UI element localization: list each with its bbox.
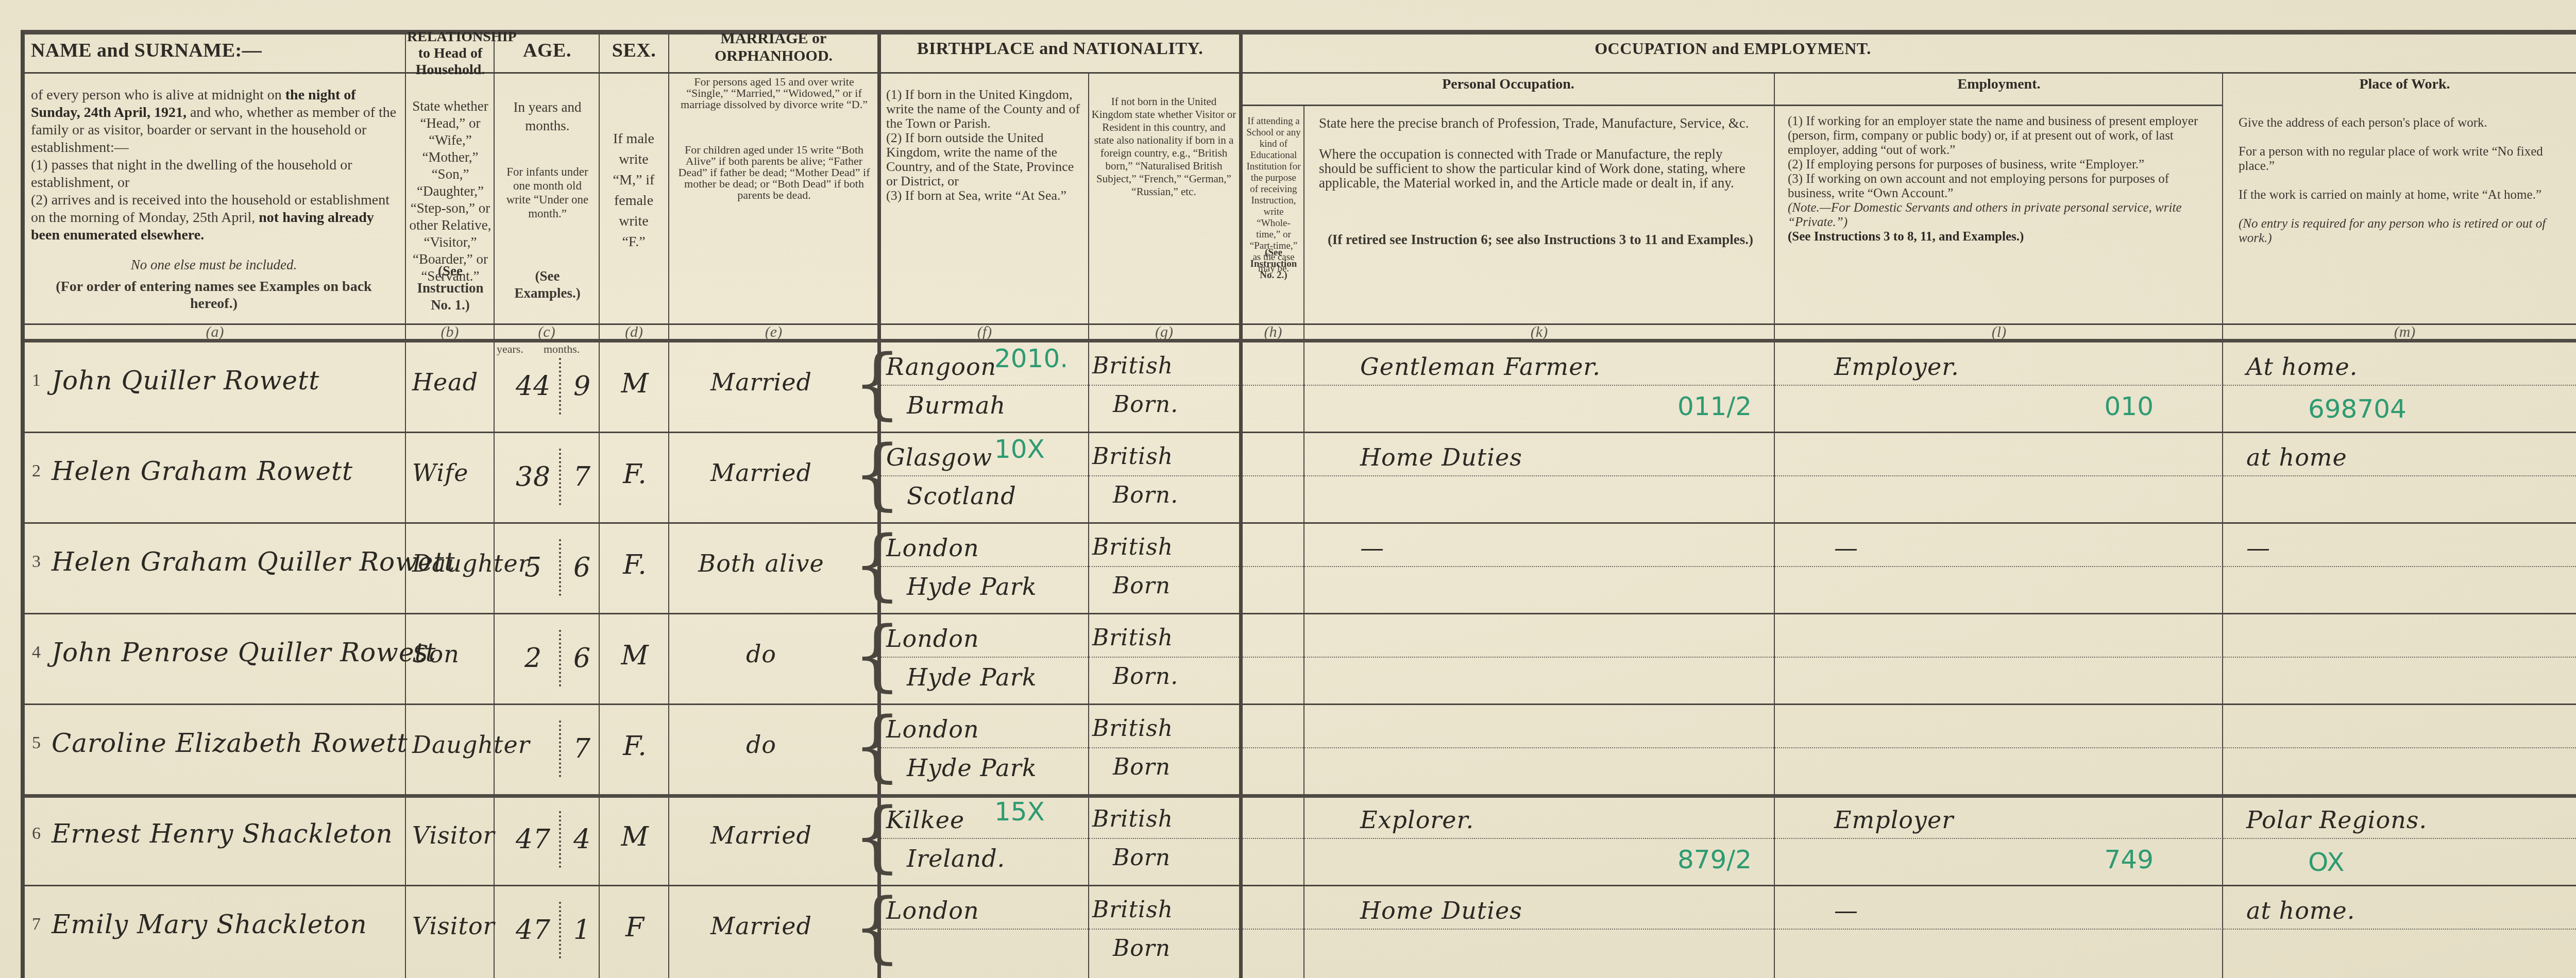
- col-h-letter: (h): [1243, 323, 1303, 341]
- age-months: 6: [567, 643, 598, 674]
- person-name: Helen Graham Rowett: [52, 456, 402, 486]
- birthplace-line1: London: [886, 897, 1082, 924]
- row-dotted-line: [1775, 657, 2223, 658]
- row-dotted-line: [1089, 838, 1239, 839]
- col-c-letter: (c): [495, 323, 599, 341]
- col-l-item1: (1) If working for an employer state the…: [1788, 114, 2198, 157]
- row-dotted-line: [1304, 929, 1774, 930]
- row-dotted-line: [1304, 385, 1774, 386]
- col-f-letter: (f): [881, 323, 1088, 341]
- marriage-status: Married: [672, 368, 850, 396]
- row-dotted-line: [2223, 929, 2576, 930]
- place-of-work: Polar Regions.: [2246, 806, 2576, 834]
- sex: F.: [603, 731, 667, 762]
- place-of-work: at home.: [2246, 897, 2576, 924]
- relationship: Daughter: [412, 550, 492, 577]
- row-dotted-line: [881, 657, 1088, 658]
- nationality-line2: Born: [1113, 573, 1236, 599]
- row-separator: [25, 613, 2576, 614]
- row-dotted-line: [1775, 475, 2223, 476]
- marriage-status: do: [672, 731, 850, 759]
- age-months: 7: [567, 461, 598, 492]
- age-months: 6: [567, 552, 598, 583]
- place-of-work: At home.: [2246, 353, 2576, 381]
- row-dotted-line: [2223, 566, 2576, 567]
- row-dotted-line: [1243, 475, 1303, 476]
- col-e-body1: For persons aged 15 and over write “Sing…: [675, 76, 873, 110]
- relationship: Visitor: [412, 821, 492, 849]
- row-dotted-line: [881, 385, 1088, 386]
- col-d-body: If male write “M,” if female write “F.”: [608, 129, 659, 252]
- birthplace-line2: Hyde Park: [907, 663, 1082, 691]
- col-rule-g: [1088, 73, 1089, 978]
- row-dotted-line: [1304, 657, 1774, 658]
- birthplace-code: 2010.: [994, 344, 1082, 373]
- col-f-item2: (2) If born outside the United Kingdom, …: [886, 130, 1074, 188]
- person-name: Ernest Henry Shackleton: [52, 819, 402, 849]
- employment-code: 749: [1947, 845, 2154, 874]
- row-dotted-line: [1775, 385, 2223, 386]
- col-rule-m: [2222, 73, 2223, 978]
- birthplace-code: 15X: [994, 797, 1082, 827]
- age-years: 47: [513, 915, 554, 946]
- age-divider: [559, 630, 561, 687]
- nationality-line1: British: [1092, 897, 1236, 923]
- col-e-title: MARRIAGE or ORPHANHOOD.: [670, 30, 877, 65]
- sex: F.: [603, 550, 667, 580]
- birthplace-line2: Burmah: [907, 391, 1082, 419]
- row-dotted-line: [1089, 929, 1239, 930]
- nationality-line1: British: [1092, 806, 1236, 832]
- age-years: 38: [513, 461, 554, 492]
- row-dotted-line: [1089, 657, 1239, 658]
- birthplace-line1: London: [886, 715, 1082, 743]
- nationality-line2: Born: [1113, 754, 1236, 780]
- col-a-note: No one else must be included.: [31, 256, 397, 273]
- row-dotted-line: [881, 838, 1088, 839]
- employment: Employer: [1834, 806, 2215, 834]
- row-separator: [25, 885, 2576, 886]
- row-number: 7: [32, 915, 41, 934]
- relationship: Daughter: [412, 731, 492, 759]
- col-m-body2: For a person with no regular place of wo…: [2239, 145, 2543, 173]
- col-rule-e: [668, 35, 669, 978]
- col-rule-b: [405, 35, 406, 978]
- row-dotted-line: [1304, 566, 1774, 567]
- row-separator: [25, 704, 2576, 705]
- col-m-title: Place of Work.: [2223, 76, 2576, 93]
- col-rule-l: [1774, 73, 1775, 978]
- person-name: Helen Graham Quiller Rowett: [52, 547, 402, 577]
- col-rule-k: [1303, 106, 1304, 978]
- nationality-line1: British: [1092, 534, 1236, 560]
- col-b-footer: (See Instruction No. 1.): [408, 263, 493, 314]
- col-c-footer: (See Examples.): [502, 268, 592, 302]
- row-dotted-line: [2223, 657, 2576, 658]
- row-dotted-line: [1304, 747, 1774, 748]
- nationality-line1: British: [1092, 715, 1236, 742]
- col-m-instructions: Give the address of each person's place …: [2239, 116, 2573, 246]
- row-dotted-line: [1243, 385, 1303, 386]
- marriage-status: Married: [672, 821, 850, 849]
- age-months: 4: [567, 824, 598, 855]
- nationality-line2: Born: [1113, 935, 1236, 962]
- relationship: Visitor: [412, 912, 492, 940]
- col-f-instructions: (1) If born in the United Kingdom, write…: [886, 88, 1084, 203]
- col-k-footer: (If retired see Instruction 6; see also …: [1319, 232, 1762, 247]
- personal-occupation: Home Duties: [1360, 897, 1767, 924]
- col-d-letter: (d): [600, 323, 668, 341]
- row-separator: [25, 432, 2576, 433]
- col-l-item2: (2) If employing persons for purposes of…: [1788, 158, 2144, 171]
- nationality-line2: Born.: [1113, 663, 1236, 690]
- col-b-body: State whether “Head,” or “Wife,” “Mother…: [408, 98, 493, 285]
- employment: Employer.: [1834, 353, 2215, 381]
- age-months-label: months.: [544, 342, 580, 356]
- row-dotted-line: [1304, 475, 1774, 476]
- col-m-note: (No entry is required for any person who…: [2239, 217, 2546, 245]
- age-years: 44: [513, 371, 554, 402]
- col-a-title: NAME and SURNAME:—: [31, 39, 289, 62]
- birthplace-line1: London: [886, 625, 1082, 653]
- col-k-body2: Where the occupation is connected with T…: [1319, 147, 1762, 190]
- col-fg-title: BIRTHPLACE and NATIONALITY.: [881, 39, 1239, 59]
- person-name: John Penrose Quiller Rowett: [52, 638, 402, 667]
- col-a-letter: (a): [25, 323, 405, 341]
- col-b-title: RELATIONSHIP to Head of Household.: [407, 29, 494, 78]
- col-l-instructions: (1) If working for an employer state the…: [1788, 114, 2215, 244]
- col-m-body1: Give the address of each person's place …: [2239, 116, 2487, 130]
- sex: F: [603, 912, 667, 943]
- col-f-item1: (1) If born in the United Kingdom, write…: [886, 87, 1080, 131]
- birthplace-line2: Hyde Park: [907, 573, 1082, 600]
- row-dotted-line: [2223, 475, 2576, 476]
- birthplace-line2: Ireland.: [907, 845, 1082, 872]
- nationality-line1: British: [1092, 443, 1236, 470]
- row-dotted-line: [881, 475, 1088, 476]
- row-dotted-line: [1243, 657, 1303, 658]
- col-m-body3: If the work is carried on mainly at home…: [2239, 188, 2541, 202]
- personal-occupation: Gentleman Farmer.: [1360, 353, 1767, 381]
- col-e-body2: For children aged under 15 write “Both A…: [675, 144, 873, 201]
- age-months: 9: [567, 371, 598, 402]
- col-l-item3: (3) If working on own account and not em…: [1788, 172, 2169, 200]
- row-number: 1: [32, 371, 41, 390]
- relationship: Son: [412, 640, 492, 668]
- place-of-work: at home: [2246, 443, 2576, 471]
- employment: —: [1834, 897, 2215, 924]
- top-border-rule: [21, 30, 2576, 35]
- col-f-item3: (3) If born at Sea, write “At Sea.”: [886, 188, 1066, 203]
- col-h-footer: (See Instruction No. 2.): [1246, 247, 1301, 281]
- row-separator: [25, 794, 2576, 798]
- col-c-title: AGE.: [496, 39, 599, 62]
- age-years-label: years.: [497, 342, 523, 356]
- row-dotted-line: [1243, 929, 1303, 930]
- row-dotted-line: [1775, 747, 2223, 748]
- row-separator: [25, 522, 2576, 524]
- col-a-item1: (1) passes that night in the dwelling of…: [31, 157, 352, 191]
- sex: M: [603, 821, 667, 852]
- age-divider: [559, 811, 561, 868]
- nationality-line2: Born.: [1113, 482, 1236, 508]
- col-a-instructions: of every person who is alive at midnight…: [31, 87, 397, 244]
- row-dotted-line: [1775, 838, 2223, 839]
- employment-code: 010: [1947, 391, 2154, 421]
- place-code: 698704: [2308, 394, 2566, 424]
- row-dotted-line: [1089, 385, 1239, 386]
- relationship: Wife: [412, 459, 492, 487]
- birthplace-line2: Hyde Park: [907, 754, 1082, 782]
- sex: M: [603, 640, 667, 671]
- row-number: 3: [32, 552, 41, 572]
- place-of-work: —: [2246, 534, 2576, 562]
- row-dotted-line: [1243, 747, 1303, 748]
- personal-occupation: —: [1360, 534, 1767, 562]
- col-personal-occupation-title: Personal Occupation.: [1243, 76, 1774, 93]
- row-dotted-line: [881, 566, 1088, 567]
- row-number: 2: [32, 461, 41, 481]
- age-divider: [559, 539, 561, 596]
- age-divider: [559, 902, 561, 958]
- row-dotted-line: [1304, 838, 1774, 839]
- nationality-line1: British: [1092, 625, 1236, 651]
- subheader-rule: [1242, 105, 2223, 106]
- sex: M: [603, 368, 667, 399]
- birthplace-code: 10X: [994, 434, 1082, 464]
- left-border-rule: [21, 32, 25, 978]
- occupation-code: 011/2: [1597, 391, 1752, 421]
- row-dotted-line: [881, 747, 1088, 748]
- nationality-line2: Born: [1113, 845, 1236, 871]
- col-m-letter: (m): [2223, 323, 2576, 341]
- col-a-intro: of every person who is alive at midnight…: [31, 87, 282, 103]
- col-k-body1: State here the precise branch of Profess…: [1319, 116, 1762, 130]
- col-b-letter: (b): [406, 323, 494, 341]
- nationality-line2: Born.: [1113, 391, 1236, 418]
- relationship: Head: [412, 368, 492, 396]
- age-years: 47: [513, 824, 554, 855]
- col-c-infants: For infants under one month old write “U…: [502, 165, 592, 220]
- employment: —: [1834, 534, 2215, 562]
- col-l-footer: (See Instructions 3 to 8, 11, and Exampl…: [1788, 230, 2024, 244]
- row-dotted-line: [1775, 566, 2223, 567]
- row-dotted-line: [1243, 566, 1303, 567]
- personal-occupation: Home Duties: [1360, 443, 1767, 471]
- person-name: Emily Mary Shackleton: [52, 910, 402, 939]
- age-years: 2: [513, 643, 554, 674]
- col-e-letter: (e): [670, 323, 877, 341]
- age-divider: [559, 720, 561, 777]
- age-years: 5: [513, 552, 554, 583]
- marriage-status: Married: [672, 912, 850, 940]
- birthplace-line1: London: [886, 534, 1082, 562]
- nationality-line1: British: [1092, 353, 1236, 379]
- marriage-status: Both alive: [672, 550, 850, 577]
- row-dotted-line: [2223, 747, 2576, 748]
- row-dotted-line: [1089, 475, 1239, 476]
- age-months: 1: [567, 915, 598, 946]
- col-a-footer: (For order of entering names see Example…: [31, 278, 397, 312]
- row-dotted-line: [1775, 929, 2223, 930]
- col-l-title: Employment.: [1775, 76, 2223, 93]
- col-g-letter: (g): [1089, 323, 1239, 341]
- row-number: 5: [32, 733, 41, 753]
- personal-occupation: Explorer.: [1360, 806, 1767, 834]
- col-l-letter: (l): [1775, 323, 2223, 341]
- row-dotted-line: [1089, 566, 1239, 567]
- birthplace-line2: Scotland: [907, 482, 1082, 510]
- col-g-body: If not born in the United Kingdom state …: [1091, 95, 1236, 198]
- row-number: 6: [32, 824, 41, 844]
- col-l-note: (Note.—For Domestic Servants and others …: [1788, 201, 2181, 229]
- age-divider: [559, 449, 561, 505]
- place-code: OX: [2308, 847, 2566, 877]
- marriage-status: Married: [672, 459, 850, 487]
- row-dotted-line: [881, 929, 1088, 930]
- person-name: John Quiller Rowett: [52, 366, 402, 396]
- col-occupation-title: OCCUPATION and EMPLOYMENT.: [1243, 39, 2223, 58]
- sex: F.: [603, 459, 667, 490]
- col-rule-d: [599, 35, 600, 978]
- occupation-code: 879/2: [1597, 845, 1752, 874]
- col-d-title: SEX.: [600, 39, 668, 62]
- col-c-body: In years and months.: [505, 98, 590, 135]
- col-k-letter: (k): [1304, 323, 1774, 341]
- col-rule-h: [1239, 35, 1243, 978]
- marriage-status: do: [672, 640, 850, 668]
- row-dotted-line: [1089, 747, 1239, 748]
- age-divider: [559, 358, 561, 415]
- row-dotted-line: [2223, 385, 2576, 386]
- age-months: 7: [567, 733, 598, 764]
- person-name: Caroline Elizabeth Rowett: [52, 728, 402, 758]
- row-dotted-line: [2223, 838, 2576, 839]
- row-dotted-line: [1243, 838, 1303, 839]
- row-number: 4: [32, 643, 41, 662]
